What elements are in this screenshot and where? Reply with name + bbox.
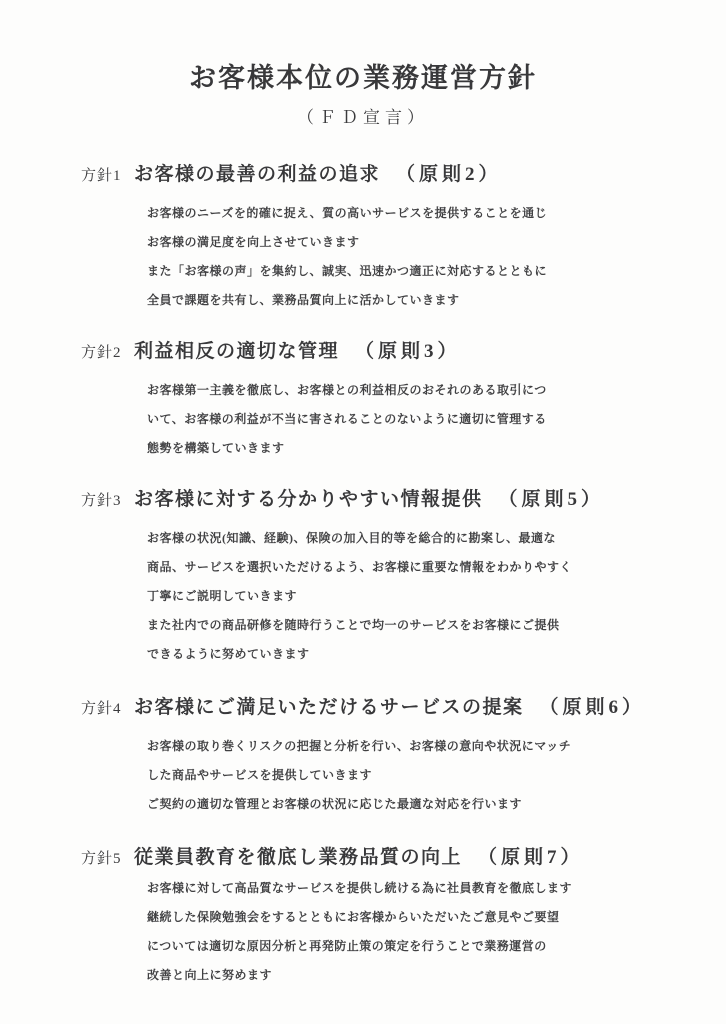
policy-5-title: 従業員教育を徹底し業務品質の向上 <box>134 843 462 873</box>
policy-5-text-line: 改善と向上に努めます <box>147 961 686 990</box>
policy-3-heading-row: 方針3 お客様に対する分かりやすい情報提供 （原則5） <box>81 485 686 516</box>
policy-1-label: 方針1 <box>81 161 134 191</box>
policy-4-text-line: ご契約の適切な管理とお客様の状況に応じた最適な対応を行います <box>147 790 686 819</box>
policy-1-text-line: また「お客様の声」を集約し、誠実、迅速かつ適正に対応するとともに <box>147 257 686 286</box>
policy-5-text-line: については適切な原因分析と再発防止策の策定を行うことで業務運営の <box>147 932 686 961</box>
policy-3-label: 方針3 <box>81 486 134 516</box>
policy-2-heading-row: 方針2 利益相反の適切な管理 （原則3） <box>81 337 686 368</box>
policy-5-body: お客様に対して高品質なサービスを提供し続ける為に社員教育を徹底します 継続した保… <box>147 874 686 990</box>
policy-2-text-line: 態勢を構築していきます <box>147 434 686 463</box>
policy-2-text-line: いて、お客様の利益が不当に害されることのないように適切に管理する <box>147 405 686 434</box>
policy-4-text-line: お客様の取り巻くリスクの把握と分析を行い、お客様の意向や状況にマッチ <box>147 732 686 761</box>
policy-2-label: 方針2 <box>81 338 134 368</box>
policy-3-text-line: 商品、サービスを選択いただけるよう、お客様に重要な情報をわかりやすく <box>147 553 686 582</box>
policy-2-body: お客様第一主義を徹底し、お客様との利益相反のおそれのある取引につ いて、お客様の… <box>147 376 686 463</box>
policy-3-text-line: また社内での商品研修を随時行うことで均一のサービスをお客様にご提供 <box>147 611 686 640</box>
policy-4-text-line: した商品やサービスを提供していきます <box>147 761 686 790</box>
policy-section-5: 方針5 従業員教育を徹底し業務品質の向上 （原則7） お客様に対して高品質なサー… <box>0 843 726 990</box>
policy-1-text-line: お客様のニーズを的確に捉え、質の高いサービスを提供することを通じ <box>147 199 686 228</box>
policy-4-title: お客様にご満足いただけるサービスの提案 <box>134 693 524 723</box>
policy-section-3: 方針3 お客様に対する分かりやすい情報提供 （原則5） お客様の状況(知識、経験… <box>0 485 726 669</box>
document-subtitle: （ＦＤ宣言） <box>0 106 726 130</box>
policy-section-1: 方針1 お客様の最善の利益の追求 （原則2） お客様のニーズを的確に捉え、質の高… <box>0 160 726 315</box>
policy-3-text-line: できるように努めていきます <box>147 640 686 669</box>
policy-3-text-line: 丁寧にご説明していきます <box>147 582 686 611</box>
policy-4-heading-row: 方針4 お客様にご満足いただけるサービスの提案 （原則6） <box>81 693 686 724</box>
policy-5-text-line: 継続した保険勉強会をするとともにお客様からいただいたご意見やご要望 <box>147 903 686 932</box>
policy-5-label: 方針5 <box>81 844 134 874</box>
policy-1-principle: （原則2） <box>396 160 502 190</box>
policy-5-heading-row: 方針5 従業員教育を徹底し業務品質の向上 （原則7） <box>81 843 686 874</box>
policy-4-label: 方針4 <box>81 694 134 724</box>
policy-4-principle: （原則6） <box>540 693 646 723</box>
policy-2-principle: （原則3） <box>355 337 461 367</box>
policy-1-body: お客様のニーズを的確に捉え、質の高いサービスを提供することを通じ お客様の満足度… <box>147 199 686 315</box>
policy-section-4: 方針4 お客様にご満足いただけるサービスの提案 （原則6） お客様の取り巻くリス… <box>0 693 726 819</box>
policy-1-heading-row: 方針1 お客様の最善の利益の追求 （原則2） <box>81 160 686 191</box>
policy-5-principle: （原則7） <box>478 843 584 873</box>
policy-1-text-line: 全員で課題を共有し、業務品質向上に活かしていきます <box>147 286 686 315</box>
policy-1-title: お客様の最善の利益の追求 <box>134 160 380 190</box>
document-page: お客様本位の業務運営方針 （ＦＤ宣言） 方針1 お客様の最善の利益の追求 （原則… <box>0 0 726 1024</box>
policy-section-2: 方針2 利益相反の適切な管理 （原則3） お客様第一主義を徹底し、お客様との利益… <box>0 337 726 463</box>
policy-2-text-line: お客様第一主義を徹底し、お客様との利益相反のおそれのある取引につ <box>147 376 686 405</box>
policy-1-text-line: お客様の満足度を向上させていきます <box>147 228 686 257</box>
policy-2-title: 利益相反の適切な管理 <box>134 337 339 367</box>
policy-3-principle: （原則5） <box>499 485 605 515</box>
policy-3-text-line: お客様の状況(知識、経験)、保険の加入目的等を総合的に勘案し、最適な <box>147 524 686 553</box>
policy-5-text-line: お客様に対して高品質なサービスを提供し続ける為に社員教育を徹底します <box>147 874 686 903</box>
policy-4-body: お客様の取り巻くリスクの把握と分析を行い、お客様の意向や状況にマッチ した商品や… <box>147 732 686 819</box>
policy-3-body: お客様の状況(知識、経験)、保険の加入目的等を総合的に勘案し、最適な 商品、サー… <box>147 524 686 669</box>
document-title: お客様本位の業務運営方針 <box>0 0 726 98</box>
policy-3-title: お客様に対する分かりやすい情報提供 <box>134 485 483 515</box>
